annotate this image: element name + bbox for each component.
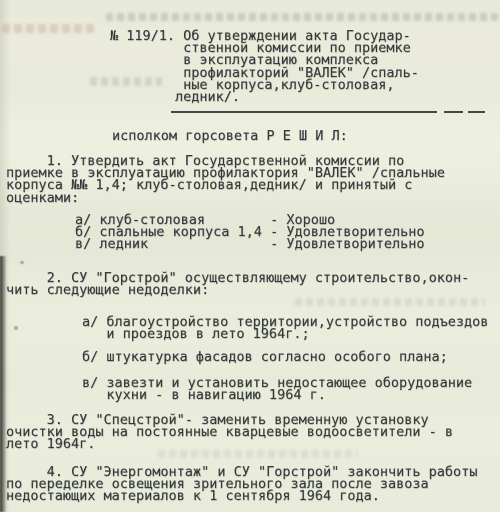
subject-underline-dash bbox=[444, 111, 463, 113]
bleed-through-text-top bbox=[106, 13, 498, 21]
decree-line: исполком горсовета Р Е Ш И Л: bbox=[112, 130, 348, 142]
scanned-document-page: № 119/1. Об утверждении акта Государ- ст… bbox=[0, 0, 500, 512]
item-2-subitem-v: в/ завезти и установить недостающее обор… bbox=[82, 377, 472, 401]
grades-list: а/ клуб-столовая - Хорошо б/ спальные ко… bbox=[75, 214, 425, 251]
bleed-through-text-top-left bbox=[2, 24, 94, 33]
item-2-subitem-a: а/ благоустройство территории,устройство… bbox=[82, 316, 488, 340]
resolution-item-2: 2. СУ "Горстрой" осуществляющему строите… bbox=[6, 272, 469, 296]
resolution-item-1: 1. Утвердить акт Государственной комисси… bbox=[6, 155, 445, 204]
case-subject-block: № 119/1. Об утверждении акта Государ- ст… bbox=[110, 30, 419, 103]
paper-speck bbox=[20, 261, 24, 264]
subject-underline-dash bbox=[468, 111, 485, 113]
resolution-item-3: 3. СУ "Спецстрой"- заменить временную ус… bbox=[6, 414, 453, 451]
item-2-subitem-b: б/ штукатурка фасадов согласно особого п… bbox=[82, 351, 448, 363]
paper-speck bbox=[14, 326, 18, 330]
subject-underline bbox=[171, 111, 437, 113]
resolution-item-4: 4. СУ "Энергомонтаж" и СУ "Горстрой" зак… bbox=[6, 466, 477, 503]
bleed-through-text-middle bbox=[295, 298, 485, 306]
bleed-through-text-lower bbox=[158, 450, 358, 458]
